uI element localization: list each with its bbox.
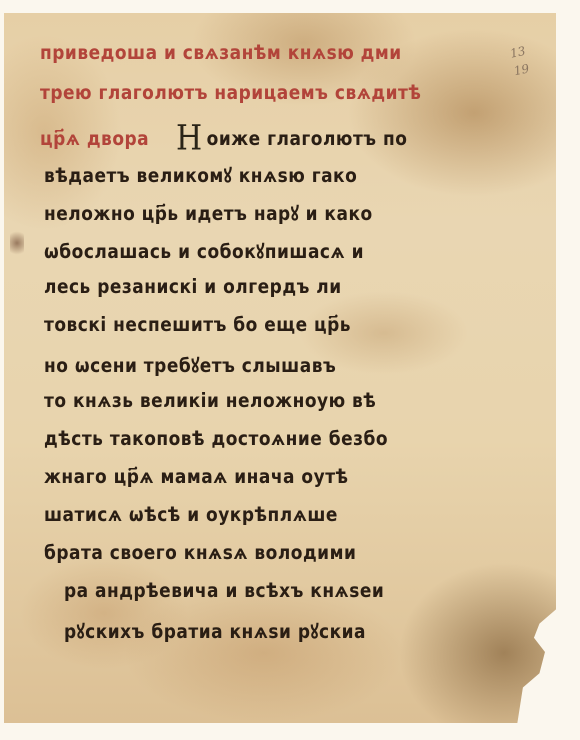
body-line-9: жнаго цр҃ѧ мамаѧ инача оутѣ [44,466,349,489]
body-line-3: ѡбослашась и собокꙋпишасѧ и [44,237,364,263]
folio-marks: 13 19 [508,42,530,80]
first-black-fragment: оиже глаголютъ по [207,128,408,151]
body-line-10: шатисѧ ѡѣсѣ и оукрѣплѧше [44,504,338,527]
rubric-line-3: цр҃ѧ двора [40,128,149,151]
ink-stain [10,228,24,258]
body-line-7: то кнѧзь великiи неложноую вѣ [44,390,376,413]
body-line-5: товскі неспешитъ бо еще цр҃ь [44,314,351,337]
body-line-8: дѣсть такоповѣ достоѧние безбо [44,428,388,451]
body-line-2: неложно цр҃ь идетъ нарꙋ и како [44,199,373,225]
body-line-13: рꙋскихъ братиа кнѧѕи рꙋскиа [64,617,366,643]
rubric-line-2: трею глаголютъ нарицаемъ свѧдитѣ [40,82,421,105]
rubric-line-1: приведоша и свѧзанѣм кнѧѕю дми [40,42,402,65]
manuscript-page: 13 19 приведоша и свѧзанѣм кнѧѕю дми тре… [4,13,556,723]
folio-mark-2: 19 [512,59,531,80]
body-line-1: вѣдаетъ великомꙋ кнѧѕю гако [44,161,357,187]
rubric-line-3-with-initial: цр҃ѧ двора Ноиже глаголютъ по [40,118,407,158]
body-line-6: но ѡсени требꙋетъ слышавъ [44,351,336,377]
body-line-11: брата своего кнѧѕѧ володими [44,542,356,565]
decorated-initial: Н [176,118,203,158]
body-line-12: ра андрѣевича и всѣхъ кнѧѕеи [64,580,384,603]
body-line-4: лесь резанискі и олгердъ ли [44,276,342,299]
